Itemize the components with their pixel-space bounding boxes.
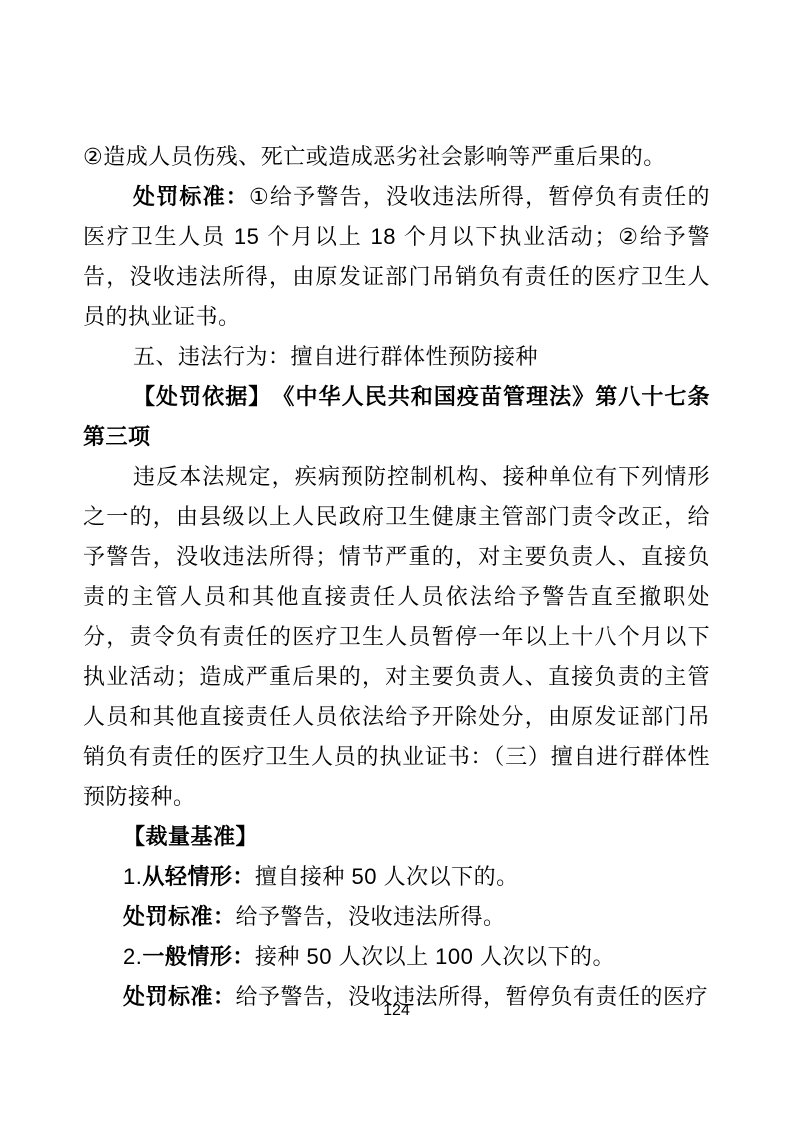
paragraph: 1.从轻情形：擅自接种 50 人次以下的。 [83, 857, 710, 897]
bold-label: 处罚标准： [133, 184, 249, 209]
document-page: ②造成人员伤残、死亡或造成恶劣社会影响等严重后果的。处罚标准：①给予警告，没收违… [0, 0, 793, 1122]
paragraph: 五、违法行为：擅自进行群体性预防接种 [83, 337, 710, 377]
bold-label: 【处罚依据】 《中华人民共和国疫苗管理法》第八十七条第三项 [83, 384, 710, 449]
page-number: 124 [0, 1000, 793, 1022]
text-run: 五、违法行为：擅自进行群体性预防接种 [133, 344, 538, 369]
document-body: ②造成人员伤残、死亡或造成恶劣社会影响等严重后果的。处罚标准：①给予警告，没收违… [83, 137, 710, 1017]
text-run: 1. [123, 864, 142, 889]
bold-label: 【裁量基准】 [123, 824, 258, 849]
text-run: 擅自接种 50 人次以下的。 [255, 864, 519, 889]
bold-label: 处罚标准： [123, 904, 236, 929]
text-run: 2. [123, 944, 142, 969]
bold-label: 从轻情形： [142, 864, 255, 889]
text-run: 接种 50 人次以上 100 人次以下的。 [255, 944, 615, 969]
text-run: 给予警告，没收违法所得。 [236, 904, 506, 929]
text-run: 违反本法规定，疾病预防控制机构、接种单位有下列情形之一的，由县级以上人民政府卫生… [83, 464, 710, 809]
paragraph: 【处罚依据】 《中华人民共和国疫苗管理法》第八十七条第三项 [83, 377, 710, 457]
paragraph: 违反本法规定，疾病预防控制机构、接种单位有下列情形之一的，由县级以上人民政府卫生… [83, 457, 710, 817]
text-run: ②造成人员伤残、死亡或造成恶劣社会影响等严重后果的。 [83, 144, 666, 169]
paragraph: 处罚标准：给予警告，没收违法所得。 [83, 897, 710, 937]
paragraph: 2.一般情形：接种 50 人次以上 100 人次以下的。 [83, 937, 710, 977]
paragraph: 【裁量基准】 [83, 817, 710, 857]
bold-label: 一般情形： [142, 944, 255, 969]
paragraph: 处罚标准：①给予警告，没收违法所得，暂停负有责任的医疗卫生人员 15 个月以上 … [83, 177, 710, 337]
paragraph: ②造成人员伤残、死亡或造成恶劣社会影响等严重后果的。 [83, 137, 710, 177]
